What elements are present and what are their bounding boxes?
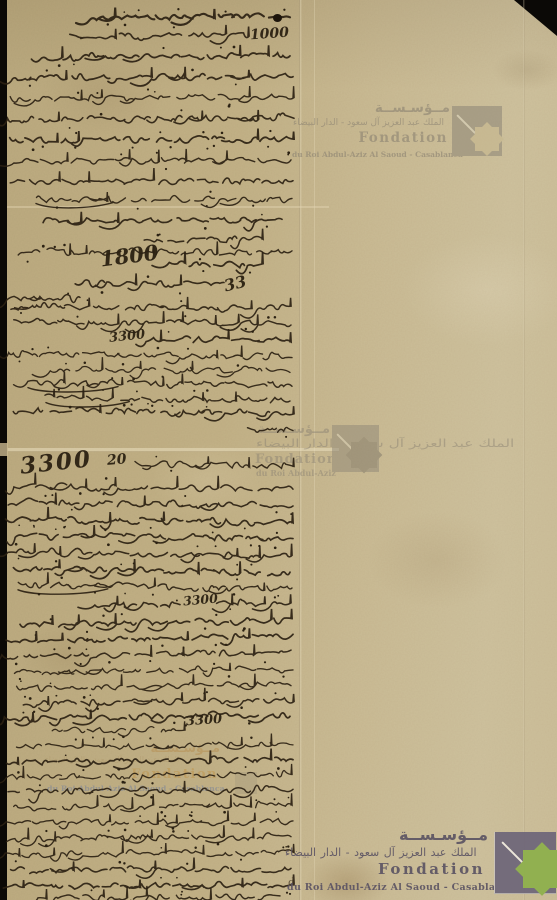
handwriting-line [0, 110, 294, 126]
handwriting-dot [157, 347, 160, 350]
handwriting-dot [108, 830, 110, 832]
handwriting-line [7, 825, 292, 846]
handwriting-dot [187, 830, 189, 832]
handwriting-dot [186, 863, 188, 865]
handwriting-dot [252, 331, 254, 333]
handwriting-dot [225, 644, 227, 646]
handwriting-dot [120, 153, 122, 155]
handwriting-dot [250, 544, 252, 546]
handwriting-dot [162, 47, 164, 49]
handwriting-dot [274, 798, 276, 800]
handwriting-line [78, 596, 180, 612]
handwriting-dot [101, 291, 104, 294]
handwriting-dot [204, 627, 206, 629]
handwriting-dot [228, 675, 231, 678]
handwriting-dot [213, 145, 215, 147]
handwriting-dot [193, 390, 195, 392]
handwriting-dot [189, 814, 191, 816]
handwriting-dot [54, 246, 56, 248]
handwriting-dot [149, 660, 151, 662]
handwriting-line [45, 386, 290, 407]
handwriting-dot [172, 830, 175, 833]
handwriting-dot [87, 299, 89, 301]
handwriting-dot [132, 378, 135, 381]
handwriting-line [15, 663, 294, 677]
handwriting-dot [285, 436, 287, 438]
handwriting-dot [65, 363, 67, 365]
handwriting-dot [55, 560, 57, 562]
handwriting-dot [123, 11, 125, 13]
handwriting-line [144, 229, 263, 249]
handwriting-line [0, 841, 294, 861]
handwriting-line [10, 168, 293, 184]
handwriting-dot [245, 328, 247, 330]
handwriting-line [32, 45, 291, 62]
handwriting-dot [73, 64, 75, 66]
handwriting-dot [161, 644, 163, 646]
handwriting-dot [176, 877, 178, 879]
handwriting-dot [184, 315, 186, 317]
handwriting-line [13, 559, 290, 579]
handwriting-dot [137, 208, 139, 210]
handwriting-line [0, 543, 292, 562]
handwriting-dot [118, 861, 121, 864]
handwriting-line [70, 25, 249, 44]
stamp-latin-title: Fondation [378, 860, 485, 878]
handwriting-dot [215, 644, 217, 646]
handwriting-dot [170, 470, 172, 472]
handwriting-dot [19, 360, 21, 362]
handwriting-line [52, 721, 185, 736]
handwriting-dot [287, 151, 290, 154]
handwriting-dot [274, 546, 277, 549]
handwriting-line [6, 628, 293, 645]
handwriting-dot [156, 152, 158, 154]
handwriting-dot [92, 737, 94, 739]
handwriting-dot [15, 663, 18, 666]
handwriting-dot [202, 270, 204, 272]
handwriting-dot [111, 377, 113, 379]
handwriting-line [0, 710, 290, 726]
handwriting-dot [181, 891, 183, 893]
handwriting-dot [74, 146, 76, 148]
handwriting-dot [249, 272, 251, 274]
handwriting-dot [47, 347, 49, 349]
handwriting-dot [209, 191, 211, 193]
handwriting-dot [171, 405, 173, 407]
handwriting-dot [22, 712, 24, 714]
handwriting-dot [290, 513, 292, 515]
handwriting-dot [266, 226, 268, 228]
handwriting-dot [217, 843, 220, 846]
handwriting-dot [15, 543, 18, 546]
handwriting-dot [86, 631, 88, 633]
handwriting-line [17, 674, 291, 692]
handwriting-dot [108, 661, 111, 664]
handwriting-dot [58, 64, 61, 67]
handwriting-dot [58, 389, 60, 391]
handwriting-dot [213, 663, 215, 665]
handwriting-dot [97, 708, 99, 710]
ink-blot [273, 14, 282, 22]
handwriting-dot [244, 527, 246, 529]
handwriting-dot [194, 847, 196, 849]
handwriting-dot [123, 862, 125, 864]
handwriting-dot [56, 206, 58, 208]
handwriting-dot [122, 735, 125, 738]
handwriting-dot [173, 26, 175, 28]
handwriting-dot [162, 376, 164, 378]
handwriting-dot [149, 737, 151, 739]
handwriting-dot [33, 526, 35, 528]
handwriting-dot [151, 405, 153, 407]
handwriting-dot [105, 477, 108, 480]
handwriting-dot [179, 292, 181, 294]
handwriting-dot [240, 859, 242, 861]
handwriting-dot [261, 214, 263, 216]
handwriting-dot [240, 706, 243, 709]
handwriting-dot [102, 389, 104, 391]
handwriting-dot [102, 614, 104, 616]
handwriting-dot [283, 9, 285, 11]
handwriting-line [10, 86, 294, 106]
handwriting-dot [45, 844, 48, 847]
handwriting-dot [155, 456, 157, 458]
handwriting-dot [53, 648, 55, 650]
handwritten-numeral: 1000 [249, 25, 289, 44]
handwriting-dot [64, 526, 66, 528]
handwriting-dot [77, 92, 79, 94]
foundation-stamp-bottom: مــؤسـســة الملك عبد العزيز آل سعود - ال… [283, 827, 557, 900]
handwriting-dot [55, 695, 57, 697]
handwriting-dot [199, 258, 201, 260]
handwriting-dot [206, 389, 209, 392]
handwriting-dot [223, 811, 226, 814]
handwriting-dot [94, 592, 96, 594]
eight-point-star-icon [523, 850, 557, 888]
handwriting-dot [155, 541, 158, 544]
handwriting-line [0, 811, 293, 829]
handwriting-dot [220, 47, 222, 49]
handwriting-dot [245, 766, 247, 768]
handwriting-line [7, 749, 293, 769]
handwriting-dot [160, 811, 163, 814]
handwriting-line [0, 67, 293, 86]
handwriting-dot [63, 244, 66, 247]
foundation-logo [494, 832, 556, 894]
handwriting-dot [164, 815, 166, 817]
handwriting-dot [180, 109, 182, 111]
handwritten-numeral: 20 [106, 451, 127, 469]
handwriting-dot [202, 131, 204, 133]
handwriting-dot [197, 545, 199, 547]
handwriting-dot [184, 495, 186, 497]
handwriting-dot [96, 92, 98, 94]
handwriting-dot [151, 782, 153, 784]
handwriting-line [6, 507, 294, 529]
handwriting-dot [50, 618, 52, 620]
handwriting-dot [250, 736, 252, 738]
handwriting-dot [46, 69, 48, 71]
handwriting-dot [206, 205, 208, 207]
handwriting-dot [67, 293, 69, 295]
handwriting-dot [71, 509, 73, 511]
handwriting-dot [274, 316, 277, 319]
handwriting-dot [288, 797, 290, 799]
handwriting-line [152, 251, 263, 273]
handwriting-dot [38, 593, 41, 596]
handwriting-line [20, 609, 292, 632]
handwriting-dot [150, 527, 152, 529]
handwriting-dot [100, 113, 103, 116]
handwriting-dot [121, 613, 123, 615]
handwriting-dot [130, 403, 132, 405]
handwriting-dot [55, 528, 57, 530]
handwriting-dot [75, 132, 77, 134]
handwriting-dot [237, 364, 240, 367]
handwriting-dot [159, 131, 161, 133]
handwriting-dot [191, 69, 194, 72]
handwriting-dot [165, 168, 167, 170]
handwriting-dot [187, 348, 189, 350]
handwriting-dot [107, 543, 110, 546]
handwriting-line [248, 427, 294, 432]
handwriting-dot [29, 697, 32, 700]
handwriting-dot [89, 694, 91, 696]
handwriting-dot [215, 545, 217, 547]
handwritten-numeral: 3300 [186, 712, 223, 729]
handwriting-line [32, 357, 290, 378]
handwriting-line [0, 346, 292, 364]
handwriting-dot [123, 404, 126, 407]
handwriting-dot [82, 769, 84, 771]
handwriting-dot [65, 754, 67, 756]
handwriting-dot [277, 767, 280, 770]
handwriting-dot [86, 648, 88, 650]
handwriting-dot [76, 316, 78, 318]
handwriting-dot [204, 227, 207, 230]
handwriting-line [43, 212, 282, 231]
stamp-latin-subtitle: du Roi Abdul-Aziz Al Saoud - Casablanca [287, 882, 515, 893]
handwriting-dot [172, 827, 175, 830]
handwriting-line [213, 594, 292, 613]
handwriting-dot [160, 877, 162, 879]
handwriting-line [0, 764, 292, 783]
handwriting-dot [228, 105, 231, 108]
handwritten-numeral: 3300 [182, 591, 218, 609]
handwriting-dot [180, 300, 182, 302]
handwriting-dot [113, 738, 115, 740]
handwriting-dot [42, 245, 45, 248]
handwriting-dot [139, 815, 141, 817]
handwriting-dot [104, 529, 106, 531]
handwriting-line [8, 493, 293, 511]
handwriting-dot [80, 663, 82, 665]
handwriting-dot [233, 593, 236, 596]
handwriting-dot [206, 691, 208, 693]
handwriting-dot [147, 275, 150, 278]
handwriting-dot [212, 531, 214, 533]
handwriting-dot [69, 127, 71, 129]
handwriting-dot [168, 331, 170, 333]
stamp-arabic-title: مــؤسـســة [399, 825, 488, 844]
handwriting-dot [248, 722, 251, 725]
handwriting-dot [215, 614, 217, 616]
handwriting-dot [20, 312, 22, 314]
handwriting-dot [133, 562, 135, 564]
handwriting-dot [236, 564, 238, 566]
handwriting-dot [157, 234, 160, 237]
handwriting-dot [120, 564, 122, 566]
handwriting-line [17, 734, 294, 750]
handwriting-dot [117, 768, 119, 770]
handwriting-dot [177, 8, 179, 10]
handwriting-line [10, 129, 294, 147]
handwriting-dot [264, 661, 266, 663]
handwriting-line [14, 372, 292, 392]
handwriting-dot [19, 678, 21, 680]
handwriting-dot [136, 390, 138, 392]
handwriting-dot [29, 85, 31, 87]
handwriting-dot [277, 595, 279, 597]
stamp-arabic-subtitle: الملك عبد العزيز آل سعود - الدار البيضاء [285, 846, 477, 859]
handwriting-dot [269, 130, 271, 132]
handwriting-dot [152, 594, 154, 596]
handwriting-dot [169, 146, 171, 148]
handwriting-dot [107, 23, 109, 25]
handwriting-line [23, 688, 294, 712]
handwriting-dot [17, 771, 20, 774]
handwriting-dot [18, 524, 20, 526]
handwriting-line [14, 793, 292, 811]
handwriting-dot [235, 83, 237, 85]
handwriting-dot [75, 738, 77, 740]
handwriting-dot [103, 493, 105, 495]
handwriting-line [75, 273, 224, 290]
handwriting-line [0, 295, 80, 308]
handwriting-dot [276, 532, 278, 534]
handwriting-dot [176, 600, 178, 602]
handwriting-dot [44, 495, 46, 497]
handwriting-dot [51, 494, 53, 496]
handwriting-dot [191, 811, 193, 813]
handwriting-dot [242, 629, 244, 631]
handwriting-dot [27, 261, 29, 263]
handwriting-dot [79, 492, 82, 495]
handwriting-dot [69, 406, 72, 409]
handwriting-line [14, 311, 291, 332]
handwriting-dot [123, 781, 125, 783]
handwriting-line [136, 329, 291, 346]
handwriting-dot [138, 9, 140, 11]
handwriting-dot [24, 696, 26, 698]
handwriting-dot [124, 24, 127, 27]
handwriting-dot [275, 811, 277, 813]
handwriting-dot [206, 148, 208, 150]
handwriting-dot [180, 894, 182, 896]
handwriting-dot [20, 680, 22, 682]
handwriting-line [135, 456, 294, 469]
handwriting-dot [267, 316, 270, 319]
handwriting-line [76, 8, 290, 25]
handwriting-dot [154, 91, 156, 93]
handwriting-dot [39, 784, 41, 786]
handwriting-dot [250, 564, 252, 566]
handwriting-dot [45, 830, 47, 832]
handwriting-dot [124, 593, 126, 595]
handwriting-dot [255, 799, 257, 801]
handwriting-dot [274, 596, 276, 598]
handwriting-dot [83, 696, 86, 699]
handwriting-dot [275, 511, 277, 513]
handwriting-dot [267, 146, 269, 148]
handwriting-line [0, 644, 291, 666]
handwriting-dot [229, 608, 231, 610]
handwriting-dot [173, 722, 175, 724]
handwriting-dot [84, 361, 87, 364]
handwriting-dot [252, 205, 254, 207]
handwriting-dot [18, 558, 20, 560]
handwriting-dot [221, 132, 224, 135]
handwriting-dot [60, 577, 63, 580]
handwriting-dot [42, 146, 44, 148]
document-scan: مــؤسـســة الملك عبد العزيز آل سعود - ال… [0, 0, 557, 900]
handwriting-dot [206, 406, 208, 408]
handwriting-dot [274, 692, 276, 694]
handwriting-dot [31, 348, 33, 350]
handwriting-line [13, 404, 294, 421]
handwriting-dot [50, 682, 52, 684]
handwriting-dot [236, 578, 238, 580]
handwriting-dot [132, 147, 134, 149]
handwriting-dot [282, 675, 284, 677]
handwriting-dot [122, 363, 125, 366]
handwriting-dot [225, 11, 227, 13]
handwriting-dot [15, 860, 17, 862]
handwriting-line [0, 149, 291, 166]
handwriting-dot [68, 647, 71, 650]
handwriting-dot [160, 847, 162, 849]
handwriting-dot [233, 46, 236, 49]
handwriting-dot [124, 829, 127, 832]
handwriting-dot [147, 88, 149, 90]
handwriting-dot [32, 148, 35, 151]
handwriting-dot [91, 889, 93, 891]
handwriting-dot [147, 403, 149, 405]
